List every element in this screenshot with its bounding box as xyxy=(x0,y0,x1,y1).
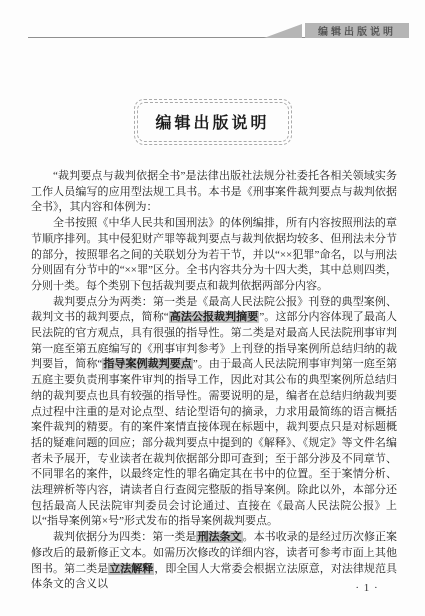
running-head-swoosh xyxy=(264,24,302,38)
chapter-title-box: 编辑出版说明 xyxy=(133,99,291,145)
paragraph-key-points: 裁判要点分为两类：第一类是《最高人民法院公报》刊登的典型案例、裁判文书的裁判要点… xyxy=(31,295,397,531)
paragraph-text: ”。由于最高人民法院刑事审判第一庭至第五庭主要负责刑事案件审判的指导工作，因此对… xyxy=(31,358,397,527)
chapter-title-box-inner: 编辑出版说明 xyxy=(136,102,288,142)
highlighted-term-lifa-jieshi: 立法解释 xyxy=(108,563,154,575)
highlighted-term-zhidao-anli: 指导案例裁判要点 xyxy=(102,358,193,370)
paragraph-structure: 全书按照《中华人民共和国刑法》的体例编排，所有内容按照刑法的章节顺序排列。其中侵… xyxy=(31,216,397,295)
highlighted-term-gaofa-gongbao: 高法公报裁判摘要 xyxy=(169,311,260,323)
highlighted-term-xingfa-tiaowen: 刑法条文 xyxy=(196,531,242,543)
paragraph-intro: “裁判要点与裁判依据全书”是法律出版社法规分社委托各相关领域实务工作人员编写的应… xyxy=(31,169,397,216)
page-number: · 1 · xyxy=(348,582,386,594)
running-head-label: 编辑出版说明 xyxy=(318,23,396,38)
paragraph-text: “裁判要点与裁判依据全书”是法律出版社法规分社委托各相关领域实务工作人员编写的应… xyxy=(31,170,397,213)
running-head: 编辑出版说明 xyxy=(305,23,409,38)
paragraph-basis: 裁判依据分为四类：第一类是刑法条文。本书收录的是经过历次修正案修改后的最新修正文… xyxy=(31,530,397,593)
paragraph-text: 裁判依据分为四类：第一类是 xyxy=(53,531,196,543)
paragraph-text: 全书按照《中华人民共和国刑法》的体例编排，所有内容按照刑法的章节顺序排列。其中侵… xyxy=(31,217,397,292)
chapter-title: 编辑出版说明 xyxy=(155,110,269,133)
book-page: 编辑出版说明 编辑出版说明 “裁判要点与裁判依据全书”是法律出版社法规分社委托各… xyxy=(0,0,425,616)
body-text: “裁判要点与裁判依据全书”是法律出版社法规分社委托各相关领域实务工作人员编写的应… xyxy=(31,169,397,593)
